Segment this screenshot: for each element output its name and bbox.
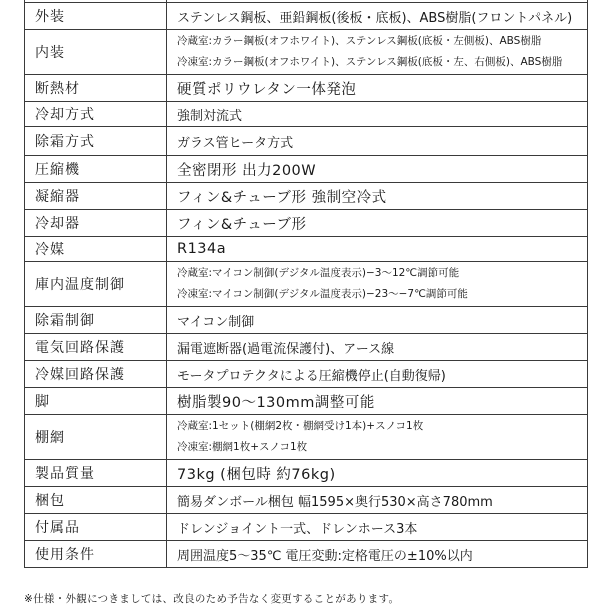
row-value: 簡易ダンボール梱包 幅1595×奥行530×高さ780mm bbox=[167, 487, 588, 514]
footnote: ※仕様・外観につきましては、改良のため予告なく変更することがあります。 bbox=[24, 591, 399, 606]
row-value: 漏電遮断器(過電流保護付)、アース線 bbox=[167, 334, 588, 361]
row-value: モータプロテクタによる圧縮機停止(自動復帰) bbox=[167, 361, 588, 388]
row-label: 凝縮器 bbox=[25, 183, 167, 210]
row-label: 冷却器 bbox=[25, 210, 167, 237]
row-label: 断熱材 bbox=[25, 75, 167, 102]
row-value: 冷蔵室:1セット(棚網2枚・棚網受け1本)+スノコ1枚 冷凍室:棚網1枚+スノコ… bbox=[167, 415, 588, 460]
row-label: 除霜方式 bbox=[25, 127, 167, 156]
row-label: 圧縮機 bbox=[25, 156, 167, 183]
row-value-line: 冷蔵室:マイコン制御(デジタル温度表示)−3〜12℃調節可能 bbox=[177, 263, 587, 284]
row-value: 冷蔵室:マイコン制御(デジタル温度表示)−3〜12℃調節可能 冷凍室:マイコン制… bbox=[167, 262, 588, 307]
table-row-insulation: 断熱材 硬質ポリウレタン一体発泡 bbox=[25, 75, 588, 102]
table-row-shelves: 棚網 冷蔵室:1セット(棚網2枚・棚網受け1本)+スノコ1枚 冷凍室:棚網1枚+… bbox=[25, 415, 588, 460]
table-row-condenser: 凝縮器 フィン&チューブ形 強制空冷式 bbox=[25, 183, 588, 210]
row-value: 硬質ポリウレタン一体発泡 bbox=[167, 75, 588, 102]
row-label: 脚 bbox=[25, 388, 167, 415]
table-row-defrost-method: 除霜方式 ガラス管ヒータ方式 bbox=[25, 127, 588, 156]
table-row-electrical-protection: 電気回路保護 漏電遮断器(過電流保護付)、アース線 bbox=[25, 334, 588, 361]
row-value: 強制対流式 bbox=[167, 102, 588, 127]
row-label: 冷媒 bbox=[25, 237, 167, 262]
table-row-evaporator: 冷却器 フィン&チューブ形 bbox=[25, 210, 588, 237]
table-row-exterior: 外装 ステンレス鋼板、亜鉛鋼板(後板・底板)、ABS樹脂(フロントパネル) bbox=[25, 3, 588, 30]
row-value: フィン&チューブ形 bbox=[167, 210, 588, 237]
row-value-line: 冷蔵室:カラー鋼板(オフホワイト)、ステンレス鋼板(底板・左側板)、ABS樹脂 bbox=[177, 31, 587, 52]
row-value: 冷蔵室:カラー鋼板(オフホワイト)、ステンレス鋼板(底板・左側板)、ABS樹脂 … bbox=[167, 30, 588, 75]
row-value: 周囲温度5〜35℃ 電圧変動:定格電圧の±10%以内 bbox=[167, 541, 588, 568]
row-value-line: 冷蔵室:1セット(棚網2枚・棚網受け1本)+スノコ1枚 bbox=[177, 416, 587, 437]
row-label: 製品質量 bbox=[25, 460, 167, 487]
row-value: 73kg (梱包時 約76kg) bbox=[167, 460, 588, 487]
row-label: 使用条件 bbox=[25, 541, 167, 568]
table-row-temperature-control: 庫内温度制御 冷蔵室:マイコン制御(デジタル温度表示)−3〜12℃調節可能 冷凍… bbox=[25, 262, 588, 307]
row-value: 樹脂製90〜130mm調整可能 bbox=[167, 388, 588, 415]
row-label: 電気回路保護 bbox=[25, 334, 167, 361]
row-value-line: 冷凍室:マイコン制御(デジタル温度表示)−23〜−7℃調節可能 bbox=[177, 284, 587, 305]
row-label: 外装 bbox=[25, 3, 167, 30]
table-row-refrigerant-circuit-protection: 冷媒回路保護 モータプロテクタによる圧縮機停止(自動復帰) bbox=[25, 361, 588, 388]
row-value: マイコン制御 bbox=[167, 307, 588, 334]
table-row-defrost-control: 除霜制御 マイコン制御 bbox=[25, 307, 588, 334]
table-row-cooling-method: 冷却方式 強制対流式 bbox=[25, 102, 588, 127]
table-row-interior: 内装 冷蔵室:カラー鋼板(オフホワイト)、ステンレス鋼板(底板・左側板)、ABS… bbox=[25, 30, 588, 75]
row-label: 内装 bbox=[25, 30, 167, 75]
row-value-line: 冷凍室:棚網1枚+スノコ1枚 bbox=[177, 437, 587, 458]
row-label: 冷却方式 bbox=[25, 102, 167, 127]
row-value-line: 冷凍室:カラー鋼板(オフホワイト)、ステンレス鋼板(底板・左、右側板)、ABS樹… bbox=[177, 52, 587, 73]
row-label: 除霜制御 bbox=[25, 307, 167, 334]
row-label: 棚網 bbox=[25, 415, 167, 460]
table-row-operating-conditions: 使用条件 周囲温度5〜35℃ 電圧変動:定格電圧の±10%以内 bbox=[25, 541, 588, 568]
table-row-packaging: 梱包 簡易ダンボール梱包 幅1595×奥行530×高さ780mm bbox=[25, 487, 588, 514]
row-label: 冷媒回路保護 bbox=[25, 361, 167, 388]
table-row-accessories: 付属品 ドレンジョイント一式、ドレンホース3本 bbox=[25, 514, 588, 541]
row-value: ステンレス鋼板、亜鉛鋼板(後板・底板)、ABS樹脂(フロントパネル) bbox=[167, 3, 588, 30]
table-row-product-weight: 製品質量 73kg (梱包時 約76kg) bbox=[25, 460, 588, 487]
row-value: フィン&チューブ形 強制空冷式 bbox=[167, 183, 588, 210]
row-value: R134a bbox=[167, 237, 588, 262]
table-row-refrigerant: 冷媒 R134a bbox=[25, 237, 588, 262]
table-row-compressor: 圧縮機 全密閉形 出力200W bbox=[25, 156, 588, 183]
row-value: 全密閉形 出力200W bbox=[167, 156, 588, 183]
row-label: 梱包 bbox=[25, 487, 167, 514]
table-row-legs: 脚 樹脂製90〜130mm調整可能 bbox=[25, 388, 588, 415]
row-value: ガラス管ヒータ方式 bbox=[167, 127, 588, 156]
row-label: 庫内温度制御 bbox=[25, 262, 167, 307]
spec-table: 外装 ステンレス鋼板、亜鉛鋼板(後板・底板)、ABS樹脂(フロントパネル) 内装… bbox=[24, 0, 588, 568]
row-label: 付属品 bbox=[25, 514, 167, 541]
row-value: ドレンジョイント一式、ドレンホース3本 bbox=[167, 514, 588, 541]
